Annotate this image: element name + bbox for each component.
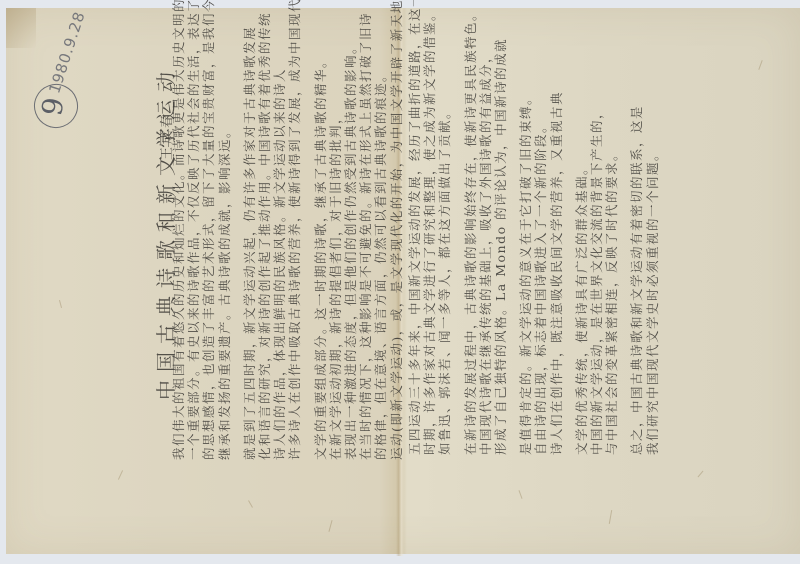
- page-number: 9: [35, 95, 71, 118]
- right-page-line: 自由诗的出现，标志着中国诗歌进入了一个新的阶段。: [534, 119, 548, 455]
- right-page-line: 总之，中国古典诗歌和新文学运动有着密切的联系，这是: [630, 105, 644, 455]
- left-page-line: 的思想感情，也创造了丰富的艺术形式，留下了大量的宝贵财富，是我们今天: [202, 0, 216, 460]
- right-page-line: 文学的优秀传统，使新诗具有广泛的群众基础。: [575, 161, 589, 455]
- left-page-line: 的格律，但在意境、语言方面，仍然可以看到古典诗歌的痕迹。: [374, 68, 388, 460]
- left-page-line: 表现出一种激进的态度，但是他们的创作仍然受到古典诗歌的影响。: [344, 40, 358, 460]
- left-page-line: 一个重要部分。有史以来的诗歌作品，不仅反映了历代社会的生活，表达了人民: [187, 0, 201, 460]
- left-page-line: 在新文学运动初期，新诗的提倡者们，对于旧诗的批判，: [329, 110, 343, 460]
- right-page-line: 是值得肯定的。新文学运动的意义在于它打破了旧的束缚。: [519, 91, 533, 455]
- right-page-line: 五四运动三十多年来，中国新文学运动的发展，经历了曲折的道路，在这一: [408, 0, 422, 455]
- right-page-line: 与中国社会的变革紧密相连，反映了时代的要求。: [605, 147, 619, 455]
- left-page-line: 就是到了五四时期，新文学运动兴起，仍有许多作家对于古典诗歌发展: [243, 26, 257, 460]
- left-page-line: 继承和发扬的重要遗产。古典诗歌的成就，影响深远。: [218, 124, 232, 460]
- right-page-line: 在新诗的发展过程中，古典诗歌的影响始终存在，使新诗更具民族特色。: [464, 7, 478, 455]
- left-page-line: 许多诗人在创作中吸取古典诗歌的营养，使新诗得到了发展，成为中国现代: [288, 0, 302, 460]
- left-page-line: 诗人们的作品，体现出鲜明的民族风格。新文学运动以来的诗人: [273, 68, 287, 460]
- left-page-line: 我们伟大的祖国有着悠久的历史和灿烂的文化。而诗歌更是伟大历史文明的一: [172, 0, 186, 460]
- scanned-document: 1980.9.28 9 中国古典诗歌和新文学运动 王成春 我们伟大的祖国有着悠久…: [0, 0, 800, 564]
- left-page-line: 化和语言的研究，对新诗的创作起了推动作用。中国诗歌有着优秀的传统: [258, 12, 272, 460]
- right-page-line: 中国现代诗歌在继承传统的基础上，吸收了外国诗歌的有益成分，: [479, 49, 493, 455]
- left-page-line: 运动(即新文学运动)，或，是文学现代化的开始，为中国文学开辟了新天地。: [390, 0, 404, 460]
- right-page-line: 中国的新文学运动，是在世界文化交流的背景下产生的，: [590, 105, 604, 455]
- right-page-line: 形成了自己独特的风格。La Mondo 的评论认为，中国新诗的成就: [494, 38, 508, 455]
- right-page-line: 我们研究中国现代文学史时必须重视的一个问题。: [646, 147, 660, 455]
- left-page-line: 文学的重要组成部分。这一时期的诗歌，继承了古典诗歌的精华。: [314, 54, 328, 460]
- left-page-line: 在当时的情况下，这种影响是不可避免的。新诗在形式上虽然打破了旧诗: [359, 12, 373, 460]
- right-page-line: 时期，许多作家对古典文学进行了研究和整理，使之成为新文学的借鉴。: [423, 7, 437, 455]
- right-page-line: 诗人们在创作中，既注意吸收民间文学的营养，又重视古典: [550, 91, 564, 455]
- right-page-line: 如鲁迅、郭沫若、闻一多等人，都在这方面做出了贡献。: [438, 105, 452, 455]
